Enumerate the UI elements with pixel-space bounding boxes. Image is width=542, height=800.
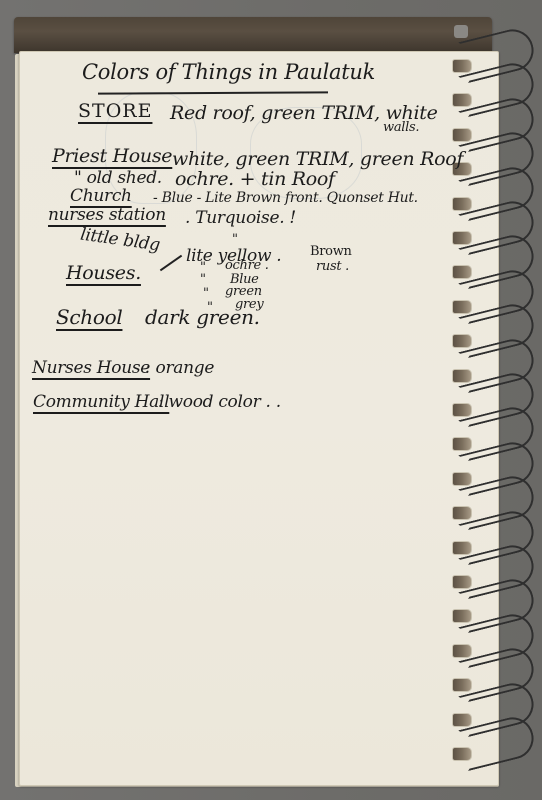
- entry-label-nurses-station: nurses station: [48, 205, 166, 225]
- notebook-back-cover: [14, 17, 492, 53]
- house-color-brown: Brown: [310, 244, 352, 259]
- entry-value-store-cont: walls.: [383, 120, 419, 135]
- entry-label-school: School: [56, 305, 122, 329]
- entry-value-church: - Blue - Lite Brown front. Quonset Hut.: [153, 190, 418, 206]
- entry-value-old-shed: ochre. + tin Roof: [175, 168, 335, 190]
- entry-label-old-shed: " old shed.: [74, 168, 162, 188]
- entry-value-community-hall: : wood color . .: [158, 392, 281, 412]
- entry-value-priest-house: white, green TRIM, green Roof: [172, 148, 463, 170]
- entry-label-priest-house: Priest House: [52, 145, 172, 167]
- house-color-2: ochre .: [225, 258, 269, 273]
- entry-label-community-hall: Community Hall: [33, 392, 169, 412]
- entry-label-store: STORE: [78, 100, 152, 122]
- entry-value-school: dark green.: [145, 305, 260, 329]
- ditto-mark: ": [200, 272, 206, 287]
- entry-label-church: Church: [70, 186, 132, 206]
- entry-label-houses: Houses.: [66, 262, 141, 284]
- entry-value-nurses-station: . Turquoise. !: [185, 208, 296, 228]
- page-title: Colors of Things in Paulatuk: [82, 60, 375, 84]
- entry-label-nurses-house: Nurses House: [32, 358, 150, 378]
- house-color-rust: rust .: [316, 259, 349, 274]
- entry-value-nurses-house: : orange: [145, 358, 214, 378]
- ditto-mark: ": [203, 286, 209, 301]
- cover-hole: [454, 25, 468, 38]
- ditto-mark: ": [232, 232, 238, 247]
